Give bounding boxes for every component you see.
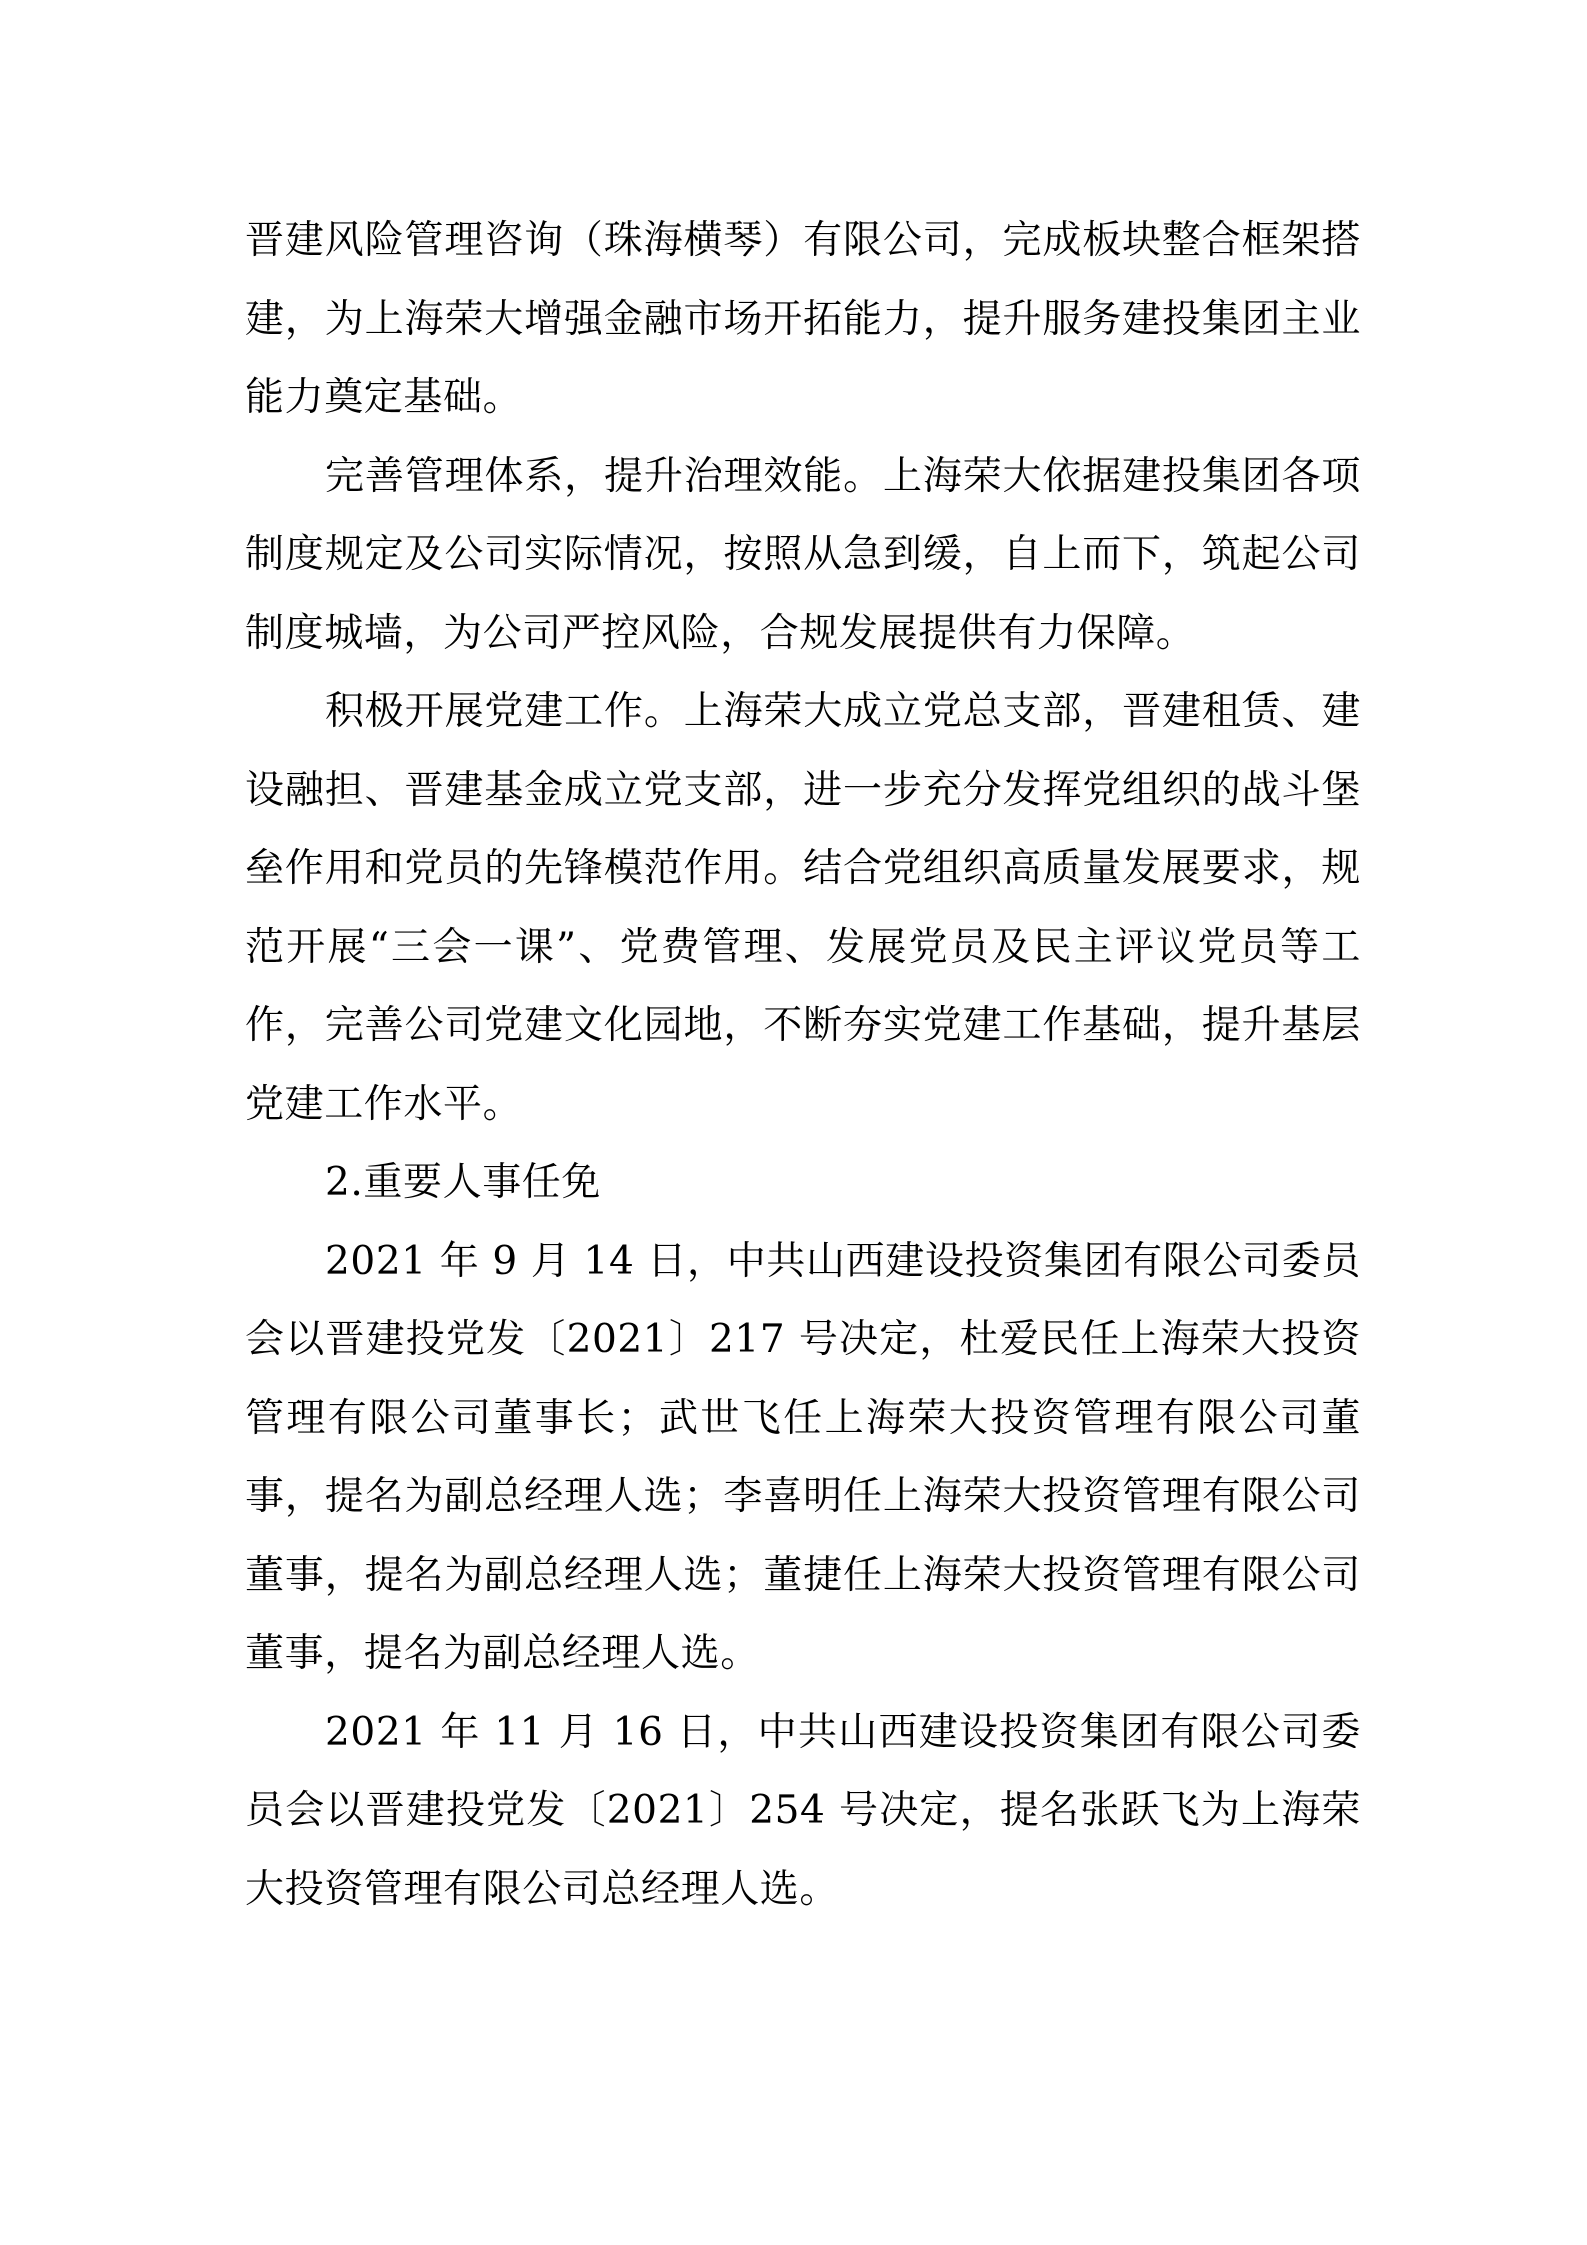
section-heading-personnel-appointments: 2.重要人事任免 — [245, 1144, 1361, 1223]
document-page: 晋建风险管理咨询（珠海横琴）有限公司，完成板块整合框架搭建，为上海荣大增强金融市… — [245, 202, 1361, 1929]
paragraph-company-integration: 晋建风险管理咨询（珠海横琴）有限公司，完成板块整合框架搭建，为上海荣大增强金融市… — [245, 202, 1361, 438]
paragraph-management-system: 完善管理体系，提升治理效能。上海荣大依据建投集团各项制度规定及公司实际情况，按照… — [245, 438, 1361, 674]
paragraph-appointment-2021-09-14: 2021 年 9 月 14 日，中共山西建设投资集团有限公司委员会以晋建投党发〔… — [245, 1223, 1361, 1694]
paragraph-party-building: 积极开展党建工作。上海荣大成立党总支部，晋建租赁、建设融担、晋建基金成立党支部，… — [245, 673, 1361, 1144]
paragraph-appointment-2021-11-16: 2021 年 11 月 16 日，中共山西建设投资集团有限公司委员会以晋建投党发… — [245, 1694, 1361, 1930]
